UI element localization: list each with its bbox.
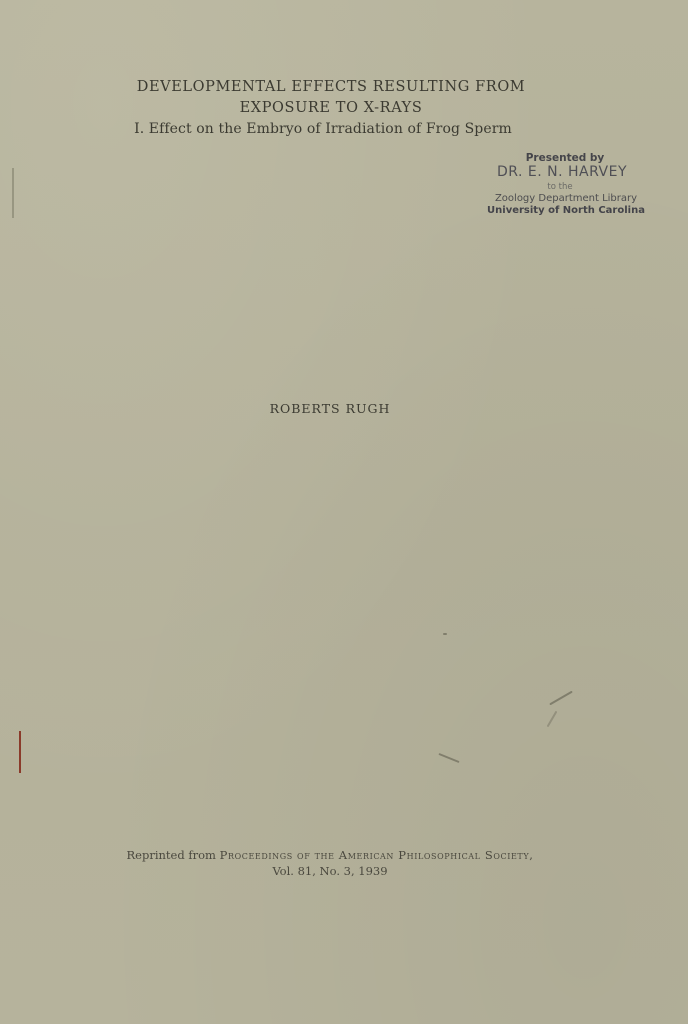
title-line-1: DEVELOPMENTAL EFFECTS RESULTING FROM xyxy=(0,79,662,95)
stamp-to-the: to the xyxy=(480,182,640,192)
paper-fiber xyxy=(443,633,447,635)
reprint-prefix: Reprinted from xyxy=(127,848,216,862)
stamp-donor-name: DR. E. N. HARVEY xyxy=(482,164,642,180)
document-cover: DEVELOPMENTAL EFFECTS RESULTING FROM EXP… xyxy=(0,0,688,1024)
title-line-2: EXPOSURE TO X-RAYS xyxy=(0,100,662,116)
journal-name: Proceedings of the American Philosophica… xyxy=(220,848,534,862)
volume-info: Vol. 81, No. 3, 1939 xyxy=(0,864,660,878)
paper-crease xyxy=(12,168,14,218)
red-ink-mark xyxy=(19,731,21,773)
subtitle: I. Effect on the Embryo of Irradiation o… xyxy=(0,121,646,137)
paper-fiber xyxy=(438,753,459,763)
paper-fiber xyxy=(547,711,558,728)
paper-fiber xyxy=(549,691,573,706)
reprint-line: Reprinted from Proceedings of the Americ… xyxy=(0,848,660,862)
stamp-department: Zoology Department Library xyxy=(486,193,646,204)
author-name: ROBERTS RUGH xyxy=(0,401,660,416)
stamp-university: University of North Carolina xyxy=(486,205,646,216)
stamp-presented-by: Presented by xyxy=(485,152,645,164)
